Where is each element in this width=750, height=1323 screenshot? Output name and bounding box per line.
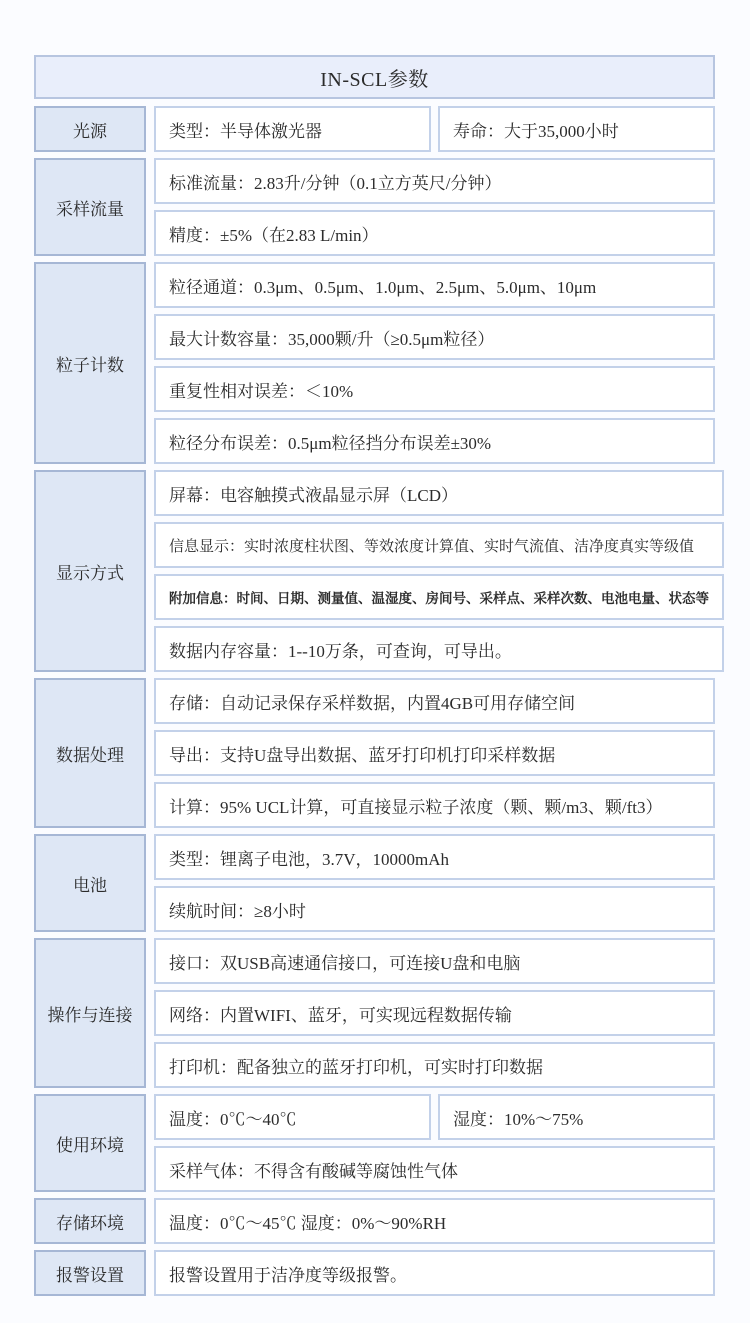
group-rows: 存储：自动记录保存采样数据，内置4GB可用存储空间 导出：支持U盘导出数据、蓝牙…: [154, 678, 715, 828]
group-rows: 标准流量：2.83升/分钟（0.1立方英尺/分钟） 精度：±5%（在2.83 L…: [154, 158, 715, 256]
group-label-cell: 粒子计数: [34, 262, 146, 464]
group-label-cell: 电池: [34, 834, 146, 932]
group-label-cell: 显示方式: [34, 470, 146, 672]
spec-cell: 导出：支持U盘导出数据、蓝牙打印机打印采样数据: [154, 730, 715, 776]
group-rows: 温度：0℃～40℃ 湿度：10%～75% 采样气体：不得含有酸碱等腐蚀性气体: [154, 1094, 715, 1192]
table-row: 标准流量：2.83升/分钟（0.1立方英尺/分钟）: [154, 158, 715, 204]
spec-cell: 屏幕：电容触摸式液晶显示屏（LCD）: [154, 470, 724, 516]
row-group: 使用环境 温度：0℃～40℃ 湿度：10%～75% 采样气体：不得含有酸碱等腐蚀…: [34, 1094, 715, 1192]
table-row: 附加信息：时间、日期、测量值、温湿度、房间号、采样点、采样次数、电池电量、状态等: [154, 574, 724, 620]
row-group: 存储环境 温度：0℃～45℃ 湿度：0%～90%RH: [34, 1198, 715, 1244]
table-header: IN-SCL参数: [34, 55, 715, 99]
table-row: 报警设置用于洁净度等级报警。: [154, 1250, 715, 1296]
table-row: 网络：内置WIFI、蓝牙，可实现远程数据传输: [154, 990, 715, 1036]
group-rows: 类型：锂离子电池，3.7V，10000mAh 续航时间：≥8小时: [154, 834, 715, 932]
group-label-cell: 操作与连接: [34, 938, 146, 1088]
table-row: 存储：自动记录保存采样数据，内置4GB可用存储空间: [154, 678, 715, 724]
spec-cell: 湿度：10%～75%: [438, 1094, 715, 1140]
row-group: 光源 类型：半导体激光器 寿命：大于35,000小时: [34, 106, 715, 152]
group-rows: 粒径通道：0.3μm、0.5μm、1.0μm、2.5μm、5.0μm、10μm …: [154, 262, 715, 464]
spec-cell: 打印机：配备独立的蓝牙打印机，可实时打印数据: [154, 1042, 715, 1088]
row-group: 操作与连接 接口：双USB高速通信接口，可连接U盘和电脑 网络：内置WIFI、蓝…: [34, 938, 715, 1088]
table-row: 信息显示：实时浓度柱状图、等效浓度计算值、实时气流值、洁净度真实等级值: [154, 522, 724, 568]
table-row: 粒径分布误差：0.5μm粒径挡分布误差±30%: [154, 418, 715, 464]
spec-cell: 类型：锂离子电池，3.7V，10000mAh: [154, 834, 715, 880]
table-title: IN-SCL参数: [320, 63, 428, 92]
table-row: 采样气体：不得含有酸碱等腐蚀性气体: [154, 1146, 715, 1192]
group-rows: 屏幕：电容触摸式液晶显示屏（LCD） 信息显示：实时浓度柱状图、等效浓度计算值、…: [154, 470, 724, 672]
row-group: 粒子计数 粒径通道：0.3μm、0.5μm、1.0μm、2.5μm、5.0μm、…: [34, 262, 715, 464]
group-rows: 报警设置用于洁净度等级报警。: [154, 1250, 715, 1296]
group-label-cell: 光源: [34, 106, 146, 152]
row-group: 数据处理 存储：自动记录保存采样数据，内置4GB可用存储空间 导出：支持U盘导出…: [34, 678, 715, 828]
group-rows: 温度：0℃～45℃ 湿度：0%～90%RH: [154, 1198, 715, 1244]
table-row: 计算：95% UCL计算，可直接显示粒子浓度（颗、颗/m3、颗/ft3）: [154, 782, 715, 828]
table-row: 接口：双USB高速通信接口，可连接U盘和电脑: [154, 938, 715, 984]
table-row: 屏幕：电容触摸式液晶显示屏（LCD）: [154, 470, 724, 516]
spec-cell: 重复性相对误差：＜10%: [154, 366, 715, 412]
table-row: 最大计数容量：35,000颗/升（≥0.5μm粒径）: [154, 314, 715, 360]
table-row: 导出：支持U盘导出数据、蓝牙打印机打印采样数据: [154, 730, 715, 776]
spec-cell: 续航时间：≥8小时: [154, 886, 715, 932]
group-rows: 接口：双USB高速通信接口，可连接U盘和电脑 网络：内置WIFI、蓝牙，可实现远…: [154, 938, 715, 1088]
spec-cell: 数据内存容量：1--10万条，可查询，可导出。: [154, 626, 724, 672]
spec-cell: 粒径分布误差：0.5μm粒径挡分布误差±30%: [154, 418, 715, 464]
table-row: 重复性相对误差：＜10%: [154, 366, 715, 412]
spec-cell: 计算：95% UCL计算，可直接显示粒子浓度（颗、颗/m3、颗/ft3）: [154, 782, 715, 828]
table-body: 光源 类型：半导体激光器 寿命：大于35,000小时 采样流量 标准流量：2.8…: [34, 106, 715, 1296]
spec-cell: 采样气体：不得含有酸碱等腐蚀性气体: [154, 1146, 715, 1192]
group-label-cell: 存储环境: [34, 1198, 146, 1244]
spec-cell: 信息显示：实时浓度柱状图、等效浓度计算值、实时气流值、洁净度真实等级值: [154, 522, 724, 568]
spec-cell: 存储：自动记录保存采样数据，内置4GB可用存储空间: [154, 678, 715, 724]
table-row: 粒径通道：0.3μm、0.5μm、1.0μm、2.5μm、5.0μm、10μm: [154, 262, 715, 308]
spec-cell: 接口：双USB高速通信接口，可连接U盘和电脑: [154, 938, 715, 984]
group-label-cell: 数据处理: [34, 678, 146, 828]
table-row: 类型：锂离子电池，3.7V，10000mAh: [154, 834, 715, 880]
group-rows: 类型：半导体激光器 寿命：大于35,000小时: [154, 106, 715, 152]
spec-cell: 粒径通道：0.3μm、0.5μm、1.0μm、2.5μm、5.0μm、10μm: [154, 262, 715, 308]
row-group: 报警设置 报警设置用于洁净度等级报警。: [34, 1250, 715, 1296]
spec-cell: 寿命：大于35,000小时: [438, 106, 715, 152]
table-row: 温度：0℃～45℃ 湿度：0%～90%RH: [154, 1198, 715, 1244]
table-row: 数据内存容量：1--10万条，可查询，可导出。: [154, 626, 724, 672]
spec-cell: 类型：半导体激光器: [154, 106, 431, 152]
spec-cell: 标准流量：2.83升/分钟（0.1立方英尺/分钟）: [154, 158, 715, 204]
table-row: 类型：半导体激光器 寿命：大于35,000小时: [154, 106, 715, 152]
table-row: 温度：0℃～40℃ 湿度：10%～75%: [154, 1094, 715, 1140]
spec-cell: 最大计数容量：35,000颗/升（≥0.5μm粒径）: [154, 314, 715, 360]
spec-cell: 温度：0℃～40℃: [154, 1094, 431, 1140]
group-label-cell: 采样流量: [34, 158, 146, 256]
row-group: 显示方式 屏幕：电容触摸式液晶显示屏（LCD） 信息显示：实时浓度柱状图、等效浓…: [34, 470, 715, 672]
spec-cell: 精度：±5%（在2.83 L/min）: [154, 210, 715, 256]
spec-cell: 报警设置用于洁净度等级报警。: [154, 1250, 715, 1296]
table-row: 打印机：配备独立的蓝牙打印机，可实时打印数据: [154, 1042, 715, 1088]
spec-cell: 温度：0℃～45℃ 湿度：0%～90%RH: [154, 1198, 715, 1244]
row-group: 电池 类型：锂离子电池，3.7V，10000mAh 续航时间：≥8小时: [34, 834, 715, 932]
spec-cell: 附加信息：时间、日期、测量值、温湿度、房间号、采样点、采样次数、电池电量、状态等: [154, 574, 724, 620]
table-row: 精度：±5%（在2.83 L/min）: [154, 210, 715, 256]
table-row: 续航时间：≥8小时: [154, 886, 715, 932]
row-group: 采样流量 标准流量：2.83升/分钟（0.1立方英尺/分钟） 精度：±5%（在2…: [34, 158, 715, 256]
spec-cell: 网络：内置WIFI、蓝牙，可实现远程数据传输: [154, 990, 715, 1036]
group-label-cell: 使用环境: [34, 1094, 146, 1192]
group-label-cell: 报警设置: [34, 1250, 146, 1296]
spec-table: IN-SCL参数 光源 类型：半导体激光器 寿命：大于35,000小时 采样流量…: [34, 55, 715, 1302]
